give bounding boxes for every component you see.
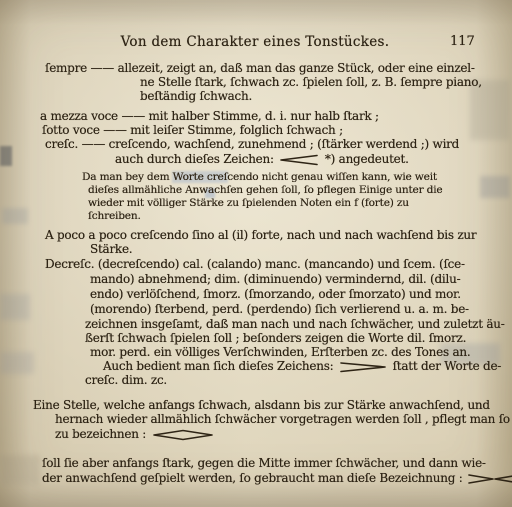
text-run: ſempre —— allezeit, zeigt an, daß man da… — [45, 61, 475, 75]
text-run: ßerſt ſchwach ſpielen ſoll ; beſonders z… — [85, 331, 466, 345]
page-header-title: Von dem Charakter eines Tonstückes. — [90, 34, 420, 50]
text-run: Stärke. — [90, 242, 132, 256]
text-line: ne Stelle ſtark, ſchwach zc. ſpielen ſol… — [140, 75, 482, 89]
text-run: Eine Stelle, welche anfangs ſchwach, als… — [33, 398, 490, 412]
swell-hairpin-icon — [152, 429, 214, 441]
text-line: ßerſt ſchwach ſpielen ſoll ; beſonders z… — [85, 331, 466, 345]
text-run: ſoll ſie aber anfangs ſtark, gegen die M… — [42, 456, 486, 470]
text-line: creſc. dim. zc. — [85, 373, 167, 387]
text-line: creſc. —— creſcendo, wachſend, zunehmend… — [45, 137, 459, 151]
text-run: wieder mit völliger Stärke zu ſpielenden… — [88, 197, 409, 209]
text-run: (morendo) ſterbend, perd. (perdendo) ſic… — [90, 302, 469, 316]
text-run: A poco a poco creſcendo ſino al (il) for… — [45, 228, 476, 242]
text-line: ſempre —— allezeit, zeigt an, daß man da… — [45, 61, 475, 75]
text-run: zu bezeichnen : — [55, 427, 150, 441]
text-run: beſtändig ſchwach. — [140, 89, 252, 103]
text-line: hernach wieder allmählich ſchwächer vorg… — [55, 412, 510, 426]
text-line: beſtändig ſchwach. — [140, 89, 252, 103]
text-line: a mezza voce —— mit halber Stimme, d. i.… — [40, 109, 379, 123]
text-run: *) angedeutet. — [321, 152, 408, 166]
text-run: ſtatt der Worte de- — [389, 359, 501, 373]
text-run: hernach wieder allmählich ſchwächer vorg… — [55, 412, 510, 426]
decrescendo-crescendo-hairpin-icon — [468, 473, 512, 485]
text-line: der anwachſend geſpielt werden, ſo gebra… — [42, 471, 512, 485]
text-run: ſchreiben. — [88, 210, 141, 222]
text-run: ſotto voce —— mit leiſer Stimme, folglic… — [42, 123, 343, 137]
text-run: zeichnen insgeſamt, daß man nach und nac… — [85, 317, 505, 331]
text-line: Stärke. — [90, 242, 132, 256]
text-line: ſoll ſie aber anfangs ſtark, gegen die M… — [42, 456, 486, 470]
text-run: mor. perd. ein völliges Verſchwinden, Er… — [90, 345, 470, 359]
text-line: mando) abnehmend; dim. (diminuendo) verm… — [90, 272, 460, 286]
text-line: Da man bey dem Worte creſcendo nicht gen… — [82, 171, 437, 183]
text-line: ſotto voce —— mit leiſer Stimme, folglic… — [42, 123, 343, 137]
text-run: ne Stelle ſtark, ſchwach zc. ſpielen ſol… — [140, 75, 482, 89]
book-page: Von dem Charakter eines Tonstückes. 117 … — [0, 0, 512, 507]
text-line: Auch bedient man ſich dieſes Zeichens: ſ… — [103, 359, 501, 373]
text-line: ſchreiben. — [88, 210, 141, 222]
decrescendo-hairpin-icon — [339, 361, 387, 373]
text-run: Auch bedient man ſich dieſes Zeichens: — [103, 359, 337, 373]
text-line: Eine Stelle, welche anfangs ſchwach, als… — [33, 398, 490, 412]
text-run: creſc. —— creſcendo, wachſend, zunehmend… — [45, 137, 459, 151]
text-run: a mezza voce —— mit halber Stimme, d. i.… — [40, 109, 379, 123]
text-line: zeichnen insgeſamt, daß man nach und nac… — [85, 317, 505, 331]
text-run: der anwachſend geſpielt werden, ſo gebra… — [42, 471, 466, 485]
text-run: Da man bey dem Worte creſcendo nicht gen… — [82, 171, 437, 183]
text-line: A poco a poco creſcendo ſino al (il) for… — [45, 228, 476, 242]
text-line: zu bezeichnen : — [55, 427, 216, 441]
crescendo-hairpin-icon — [279, 154, 319, 166]
text-run: mando) abnehmend; dim. (diminuendo) verm… — [90, 272, 460, 286]
text-line: wieder mit völliger Stärke zu ſpielenden… — [88, 197, 409, 209]
text-run: auch durch dieſes Zeichen: — [115, 152, 277, 166]
text-run: Decreſc. (decreſcendo) cal. (calando) ma… — [45, 257, 465, 271]
page-number: 117 — [450, 34, 475, 49]
text-line: mor. perd. ein völliges Verſchwinden, Er… — [90, 345, 470, 359]
text-run: creſc. dim. zc. — [85, 373, 167, 387]
text-line: auch durch dieſes Zeichen: *) angedeutet… — [115, 152, 409, 166]
text-run: endo) verlöſchend, ſmorz. (ſmorzando, od… — [90, 287, 461, 301]
text-line: (morendo) ſterbend, perd. (perdendo) ſic… — [90, 302, 469, 316]
text-line: dieſes allmähliche Anwachſen gehen ſoll,… — [88, 184, 442, 196]
page-body: ſempre —— allezeit, zeigt an, daß man da… — [0, 0, 512, 507]
text-run: dieſes allmähliche Anwachſen gehen ſoll,… — [88, 184, 442, 196]
text-line: Decreſc. (decreſcendo) cal. (calando) ma… — [45, 257, 465, 271]
text-line: endo) verlöſchend, ſmorz. (ſmorzando, od… — [90, 287, 461, 301]
